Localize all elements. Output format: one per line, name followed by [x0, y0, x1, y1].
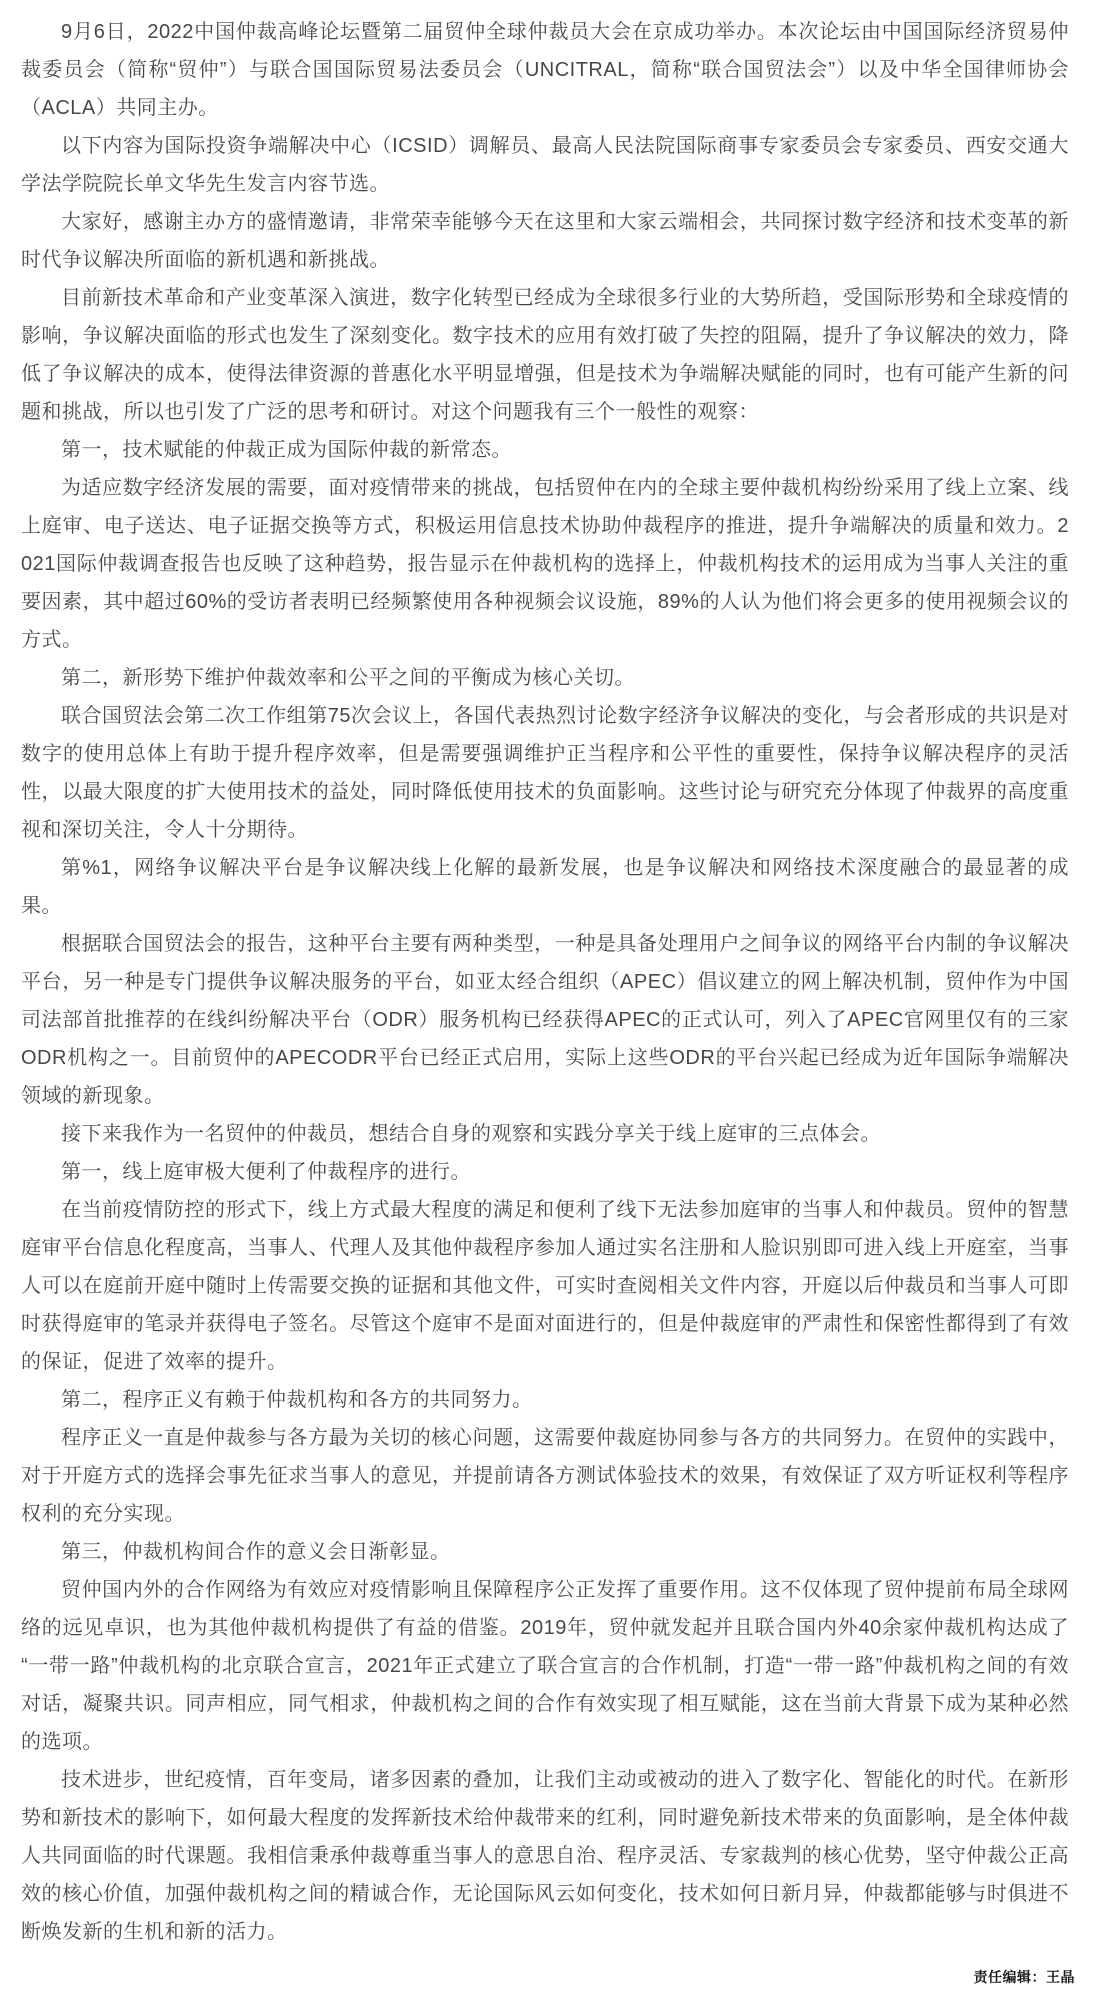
- paragraph-transition: 接下来我作为一名贸仲的仲裁员，想结合自身的观察和实践分享关于线上庭审的三点体会。: [21, 1115, 1069, 1153]
- paragraph-point-3-heading: 第三，仲裁机构间合作的意义会日渐彰显。: [21, 1533, 1069, 1571]
- paragraph-point-1-body: 在当前疫情防控的形式下，线上方式最大程度的满足和便利了线下无法参加庭审的当事人和…: [21, 1191, 1069, 1381]
- paragraph-conclusion: 技术进步，世纪疫情，百年变局，诸多因素的叠加，让我们主动或被动的进入了数字化、智…: [21, 1761, 1069, 1951]
- paragraph-point-3-body: 贸仲国内外的合作网络为有效应对疫情影响且保障程序公正发挥了重要作用。这不仅体现了…: [21, 1571, 1069, 1761]
- footer: 责任编辑：王晶: [0, 1967, 1093, 1997]
- paragraph-observation-3-body: 根据联合国贸法会的报告，这种平台主要有两种类型，一种是具备处理用户之间争议的网络…: [21, 925, 1069, 1115]
- article-body: 9月6日，2022中国仲裁高峰论坛暨第二届贸仲全球仲裁员大会在京成功举办。本次论…: [0, 0, 1093, 1951]
- paragraph-point-1-heading: 第一，线上庭审极大便利了仲裁程序的进行。: [21, 1153, 1069, 1191]
- paragraph-intro-event: 9月6日，2022中国仲裁高峰论坛暨第二届贸仲全球仲裁员大会在京成功举办。本次论…: [21, 13, 1069, 127]
- paragraph-observation-3-heading: 第%1，网络争议解决平台是争议解决线上化解的最新发展，也是争议解决和网络技术深度…: [21, 849, 1069, 925]
- paragraph-speaker-intro: 以下内容为国际投资争端解决中心（ICSID）调解员、最高人民法院国际商事专家委员…: [21, 127, 1069, 203]
- editor-credit: 责任编辑：王晶: [974, 1969, 1076, 1985]
- paragraph-overview: 目前新技术革命和产业变革深入演进，数字化转型已经成为全球很多行业的大势所趋，受国…: [21, 279, 1069, 431]
- paragraph-observation-2-heading: 第二，新形势下维护仲裁效率和公平之间的平衡成为核心关切。: [21, 659, 1069, 697]
- paragraph-observation-1-heading: 第一，技术赋能的仲裁正成为国际仲裁的新常态。: [21, 431, 1069, 469]
- paragraph-greeting: 大家好，感谢主办方的盛情邀请，非常荣幸能够今天在这里和大家云端相会，共同探讨数字…: [21, 203, 1069, 279]
- paragraph-point-2-heading: 第二，程序正义有赖于仲裁机构和各方的共同努力。: [21, 1381, 1069, 1419]
- paragraph-observation-1-body: 为适应数字经济发展的需要，面对疫情带来的挑战，包括贸仲在内的全球主要仲裁机构纷纷…: [21, 469, 1069, 659]
- paragraph-observation-2-body: 联合国贸法会第二次工作组第75次会议上，各国代表热烈讨论数字经济争议解决的变化，…: [21, 697, 1069, 849]
- paragraph-point-2-body: 程序正义一直是仲裁参与各方最为关切的核心问题，这需要仲裁庭协同参与各方的共同努力…: [21, 1419, 1069, 1533]
